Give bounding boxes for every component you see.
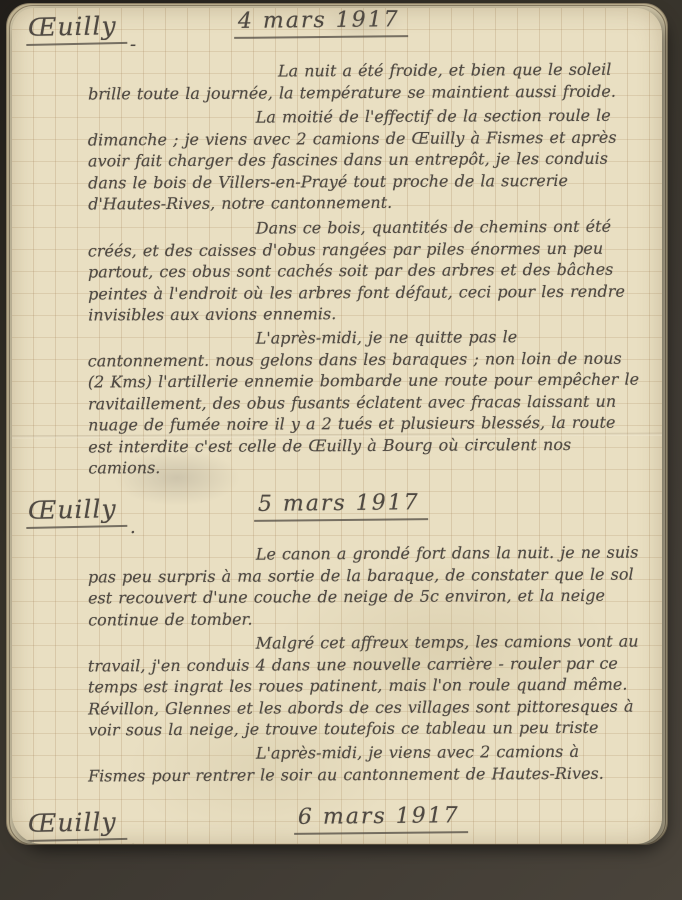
entry-date: 4 mars 1917 <box>234 8 408 39</box>
diary-entry-5-mars: Œuilly . 5 mars 1917 Le canon a grondé f… <box>12 491 662 786</box>
diary-page: Œuilly - 4 mars 1917 La nuit a été froid… <box>12 8 662 844</box>
entry-body: Le canon a grondé fort dans la nuit. je … <box>12 539 662 786</box>
entry-paragraph: Dans ce bois, quantités de chemins ont é… <box>88 215 643 325</box>
entry-paragraph: Le canon a grondé fort dans la nuit. je … <box>88 541 642 630</box>
notebook-photo: Œuilly - 4 mars 1917 La nuit a été froid… <box>0 0 682 900</box>
entry-paragraph: La nuit a été froide, et bien que le sol… <box>88 59 642 105</box>
entry-header: Œuilly - 4 mars 1917 <box>12 8 662 56</box>
entry-paragraph: La moitié de l'effectif de la section ro… <box>88 105 643 215</box>
entry-date: 5 mars 1917 <box>254 490 428 522</box>
entry-place: Œuilly <box>26 493 127 528</box>
entry-paragraph: Malgré cet affreux temps, les camions vo… <box>88 630 643 740</box>
entry-place-mark: . <box>130 517 136 538</box>
spacer <box>12 481 662 491</box>
entry-header: Œuilly . 6 mars 1917 <box>12 804 662 844</box>
entry-header: Œuilly . 5 mars 1917 <box>12 491 662 539</box>
entry-date: 6 mars 1917 <box>294 803 468 835</box>
diary-entry-4-mars: Œuilly - 4 mars 1917 La nuit a été froid… <box>12 8 662 478</box>
spacer <box>12 788 662 804</box>
entry-paragraph: L'après-midi, je viens avec 2 camions à … <box>88 741 642 787</box>
entry-place-mark: . <box>130 830 136 844</box>
diary-entry-6-mars: Œuilly . 6 mars 1917 Quel mouvement de v… <box>12 804 662 844</box>
entry-place: Œuilly <box>26 807 127 842</box>
entry-body: La nuit a été froide, et bien que le sol… <box>12 56 662 478</box>
entry-place: Œuilly <box>26 11 127 46</box>
entry-place-mark: - <box>130 34 136 55</box>
entry-paragraph: L'après-midi, je ne quitte pas le canton… <box>88 326 643 479</box>
